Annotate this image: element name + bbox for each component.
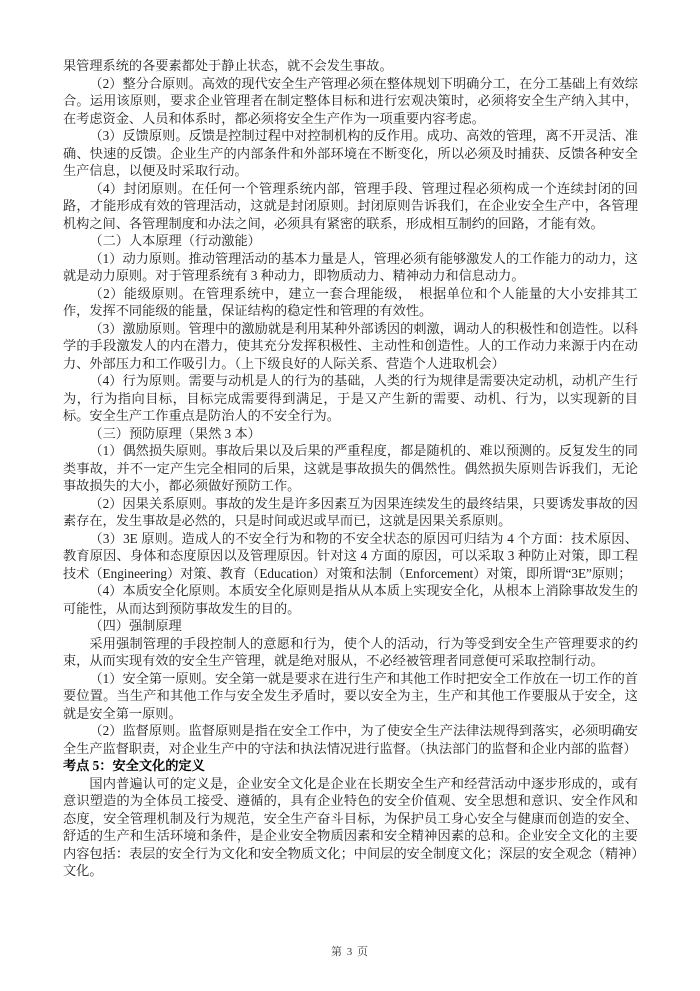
paragraph-principle: （1）偶然损失原则。事故后果以及后果的严重程度，都是随机的、难以预测的。反复发生… — [63, 442, 638, 495]
paragraph-principle: （4）本质安全化原则。本质安全化原则是指从从本质上实现安全化，从根本上消除事故发… — [63, 582, 638, 617]
paragraph-principle: 采用强制管理的手段控制人的意愿和行为，使个人的活动，行为等受到安全生产管理要求的… — [63, 635, 638, 670]
paragraph-principle: （3）激励原则。管理中的激励就是利用某种外部诱因的刺激，调动人的积极性和创造性。… — [63, 320, 638, 373]
paragraph-principle: （3）反馈原则。反馈是控制过程中对控制机构的反作用。成功、高效的管理，离不开灵活… — [63, 127, 638, 180]
section-heading-human-principle: （二）人本原理（行动激能） — [63, 232, 638, 250]
document-page: 果管理系统的各要素都处于静止状态，就不会发生事故。 （2）整分合原则。高效的现代… — [0, 0, 700, 991]
page-number-footer: 第 3 页 — [0, 943, 700, 959]
paragraph-principle: （3）3E 原则。造成人的不安全行为和物的不安全状态的原因可归结为 4 个方面：… — [63, 530, 638, 583]
paragraph-principle: （4）行为原则。需要与动机是人的行为的基础，人类的行为规律是需要决定动机，动机产… — [63, 372, 638, 425]
paragraph-principle: （1）安全第一原则。安全第一就是要求在进行生产和其他工作时把安全工作放在一切工作… — [63, 670, 638, 723]
paragraph-principle: （2）整分合原则。高效的现代安全生产管理必须在整体规划下明确分工，在分工基础上有… — [63, 75, 638, 128]
paragraph-principle: （2）因果关系原则。事故的发生是许多因素互为因果连续发生的最终结果，只要诱发事故… — [63, 495, 638, 530]
paragraph-safety-culture-definition: 国内普遍认可的定义是，企业安全文化是企业在长期安全生产和经营活动中逐步形成的，或… — [63, 775, 638, 880]
keypoint-5-heading: 考点 5：安全文化的定义 — [63, 757, 638, 775]
section-heading-compulsory-principle: （四）强制原理 — [63, 617, 638, 635]
paragraph-principle: （1）动力原则。推动管理活动的基本力量是人，管理必须有能够激发人的工作能力的动力… — [63, 250, 638, 285]
paragraph-principle: （4）封闭原则。在任何一个管理系统内部，管理手段、管理过程必须构成一个连续封闭的… — [63, 180, 638, 233]
paragraph-principle: （2）监督原则。监督原则是指在安全工作中，为了使安全生产法律法规得到落实，必须明… — [63, 722, 638, 757]
section-heading-prevention-principle: （三）预防原理（果然 3 本） — [63, 425, 638, 443]
document-body: 果管理系统的各要素都处于静止状态，就不会发生事故。 （2）整分合原则。高效的现代… — [63, 57, 638, 880]
paragraph-principle: （2）能级原则。在管理系统中，建立一套合理能级， 根据单位和个人能量的大小安排其… — [63, 285, 638, 320]
paragraph-continuation: 果管理系统的各要素都处于静止状态，就不会发生事故。 — [63, 57, 638, 75]
